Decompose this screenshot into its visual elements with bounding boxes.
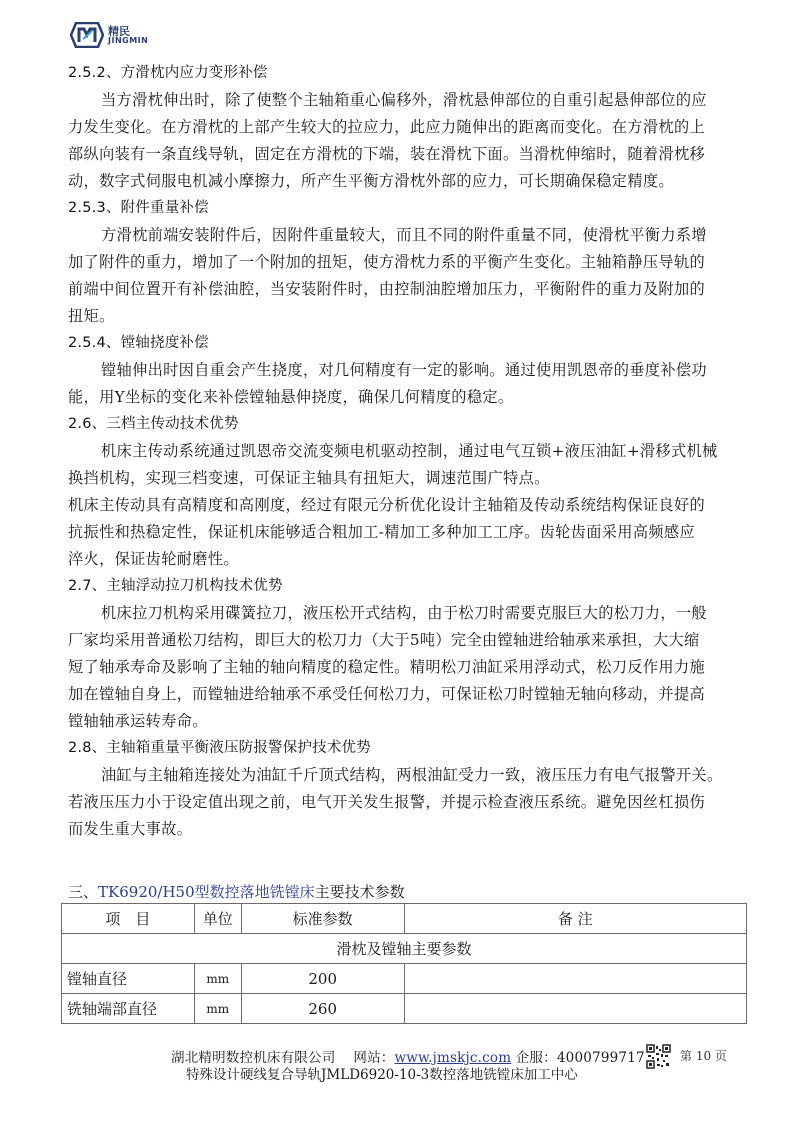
paragraph-line: 若液压压力小于设定值出现之前，电气开关发生报警，并提示检查液压系统。避免因丝杠损… <box>68 792 705 812</box>
header-item: 项 目 <box>62 904 195 934</box>
table-group-row: 滑枕及镗轴主要参数 <box>62 934 747 964</box>
group-label: 滑枕及镗轴主要参数 <box>62 934 747 964</box>
paragraph-line: 扭矩。 <box>68 306 115 326</box>
section-heading-2-5-2: 2.5.2、方滑枕内应力变形补偿 <box>68 63 268 83</box>
logo-chinese-name: 精民 <box>108 26 148 37</box>
paragraph-line: 力发生变化。在方滑枕的上部产生较大的拉应力，此应力随伸出的距离而变化。在方滑枕的… <box>68 117 705 137</box>
params-table: 项 目 单位 标准参数 备 注 滑枕及镗轴主要参数 镗轴直径 mm 200 铣轴… <box>61 903 747 1024</box>
params-title-model: TK6920/H50型数控落地铣镗床 <box>98 883 315 901</box>
cell-unit: mm <box>194 964 241 994</box>
cell-note <box>404 994 746 1024</box>
jingmin-logo-icon <box>70 22 104 48</box>
company-logo: 精民 JINGMIN <box>70 22 148 48</box>
section-heading-2-6: 2.6、三档主传动技术优势 <box>68 414 239 434</box>
section-heading-2-8: 2.8、主轴箱重量平衡液压防报警保护技术优势 <box>68 738 371 758</box>
paragraph-line: 换挡机构，实现三档变速，可保证主轴具有扭矩大，调速范围广特点。 <box>68 468 550 488</box>
cell-value: 200 <box>241 964 404 994</box>
table-row: 铣轴端部直径 mm 260 <box>62 994 747 1024</box>
paragraph-line: 厂家均采用普通松刀结构，即巨大的松刀力（大于5吨）完全由镗轴进给轴承来承担，大大… <box>68 630 700 650</box>
footer-product-line: 特殊设计硬线复合导轨JMLD6920-10-3数控落地铣镗床加工中心 <box>186 1063 578 1083</box>
paragraph-line: 当方滑枕伸出时，除了使整个主轴箱重心偏移外，滑枕悬伸部位的自重引起悬伸部位的应 <box>101 90 707 110</box>
paragraph-line: 前端中间位置开有补偿油腔，当安装附件时，由控制油腔增加压力，平衡附件的重力及附加… <box>68 279 705 299</box>
cell-value: 260 <box>241 994 404 1024</box>
page-number: 第 10 页 <box>680 1047 727 1064</box>
paragraph-line: 机床拉刀机构采用碟簧拉刀，液压松开式结构，由于松刀时需要克服巨大的松刀力，一般 <box>101 603 707 623</box>
cell-item: 铣轴端部直径 <box>62 994 195 1024</box>
paragraph-line: 短了轴承寿命及影响了主轴的轴向精度的稳定性。精明松刀油缸采用浮动式，松刀反作用力… <box>68 657 705 677</box>
paragraph-line: 部纵向装有一条直线导轨，固定在方滑枕的下端，装在滑枕下面。当滑枕伸缩时，随着滑枕… <box>68 144 705 164</box>
cell-note <box>404 964 746 994</box>
section-heading-2-5-3: 2.5.3、附件重量补偿 <box>68 198 209 218</box>
params-title-suffix: 主要技术参数 <box>315 883 405 901</box>
header-note: 备 注 <box>404 904 746 934</box>
header-standard-value: 标准参数 <box>241 904 404 934</box>
logo-english-name: JINGMIN <box>108 37 148 45</box>
section-heading-2-5-4: 2.5.4、镗轴挠度补偿 <box>68 333 209 353</box>
paragraph-line: 机床主传动具有高精度和高刚度，经过有限元分析优化设计主轴箱及传动系统结构保证良好… <box>68 495 705 515</box>
header-unit: 单位 <box>194 904 241 934</box>
table-header-row: 项 目 单位 标准参数 备 注 <box>62 904 747 934</box>
paragraph-line: 能，用Y坐标的变化来补偿镗轴悬伸挠度，确保几何精度的稳定。 <box>68 387 513 407</box>
paragraph-line: 镗轴轴承运转寿命。 <box>68 711 208 731</box>
qr-code-icon <box>646 1044 671 1069</box>
paragraph-line: 油缸与主轴箱连接处为油缸千斤顶式结构，两根油缸受力一致，液压压力有电气报警开关。 <box>101 765 723 785</box>
params-title-prefix: 三、 <box>68 883 98 901</box>
cell-unit: mm <box>194 994 241 1024</box>
paragraph-line: 镗轴伸出时因自重会产生挠度，对几何精度有一定的影响。通过使用凯恩帝的垂度补偿功 <box>101 360 707 380</box>
params-section-title: 三、TK6920/H50型数控落地铣镗床主要技术参数 <box>68 881 405 902</box>
table-row: 镗轴直径 mm 200 <box>62 964 747 994</box>
paragraph-line: 动，数字式伺服电机减小摩擦力，所产生平衡方滑枕外部的应力，可长期确保稳定精度。 <box>68 171 674 191</box>
paragraph-line: 机床主传动系统通过凯恩帝交流变频电机驱动控制，通过电气互锁+液压油缸+滑移式机械 <box>101 441 718 461</box>
paragraph-line: 淬火，保证齿轮耐磨性。 <box>68 549 239 569</box>
cell-item: 镗轴直径 <box>62 964 195 994</box>
paragraph-line: 方滑枕前端安装附件后，因附件重量较大，而且不同的附件重量不同，使滑枕平衡力系增 <box>101 225 707 245</box>
paragraph-line: 而发生重大事故。 <box>68 819 192 839</box>
paragraph-line: 加在镗轴自身上，而镗轴进给轴承不承受任何松刀力，可保证松刀时镗轴无轴向移动，并提… <box>68 684 705 704</box>
paragraph-line: 加了附件的重力，增加了一个附加的扭矩，使方滑枕力系的平衡产生变化。主轴箱静压导轨… <box>68 252 705 272</box>
paragraph-line: 抗振性和热稳定性，保证机床能够适合粗加工-精加工多种加工工序。齿轮齿面采用高频感… <box>68 522 695 542</box>
section-heading-2-7: 2.7、主轴浮动拉刀机构技术优势 <box>68 576 283 596</box>
